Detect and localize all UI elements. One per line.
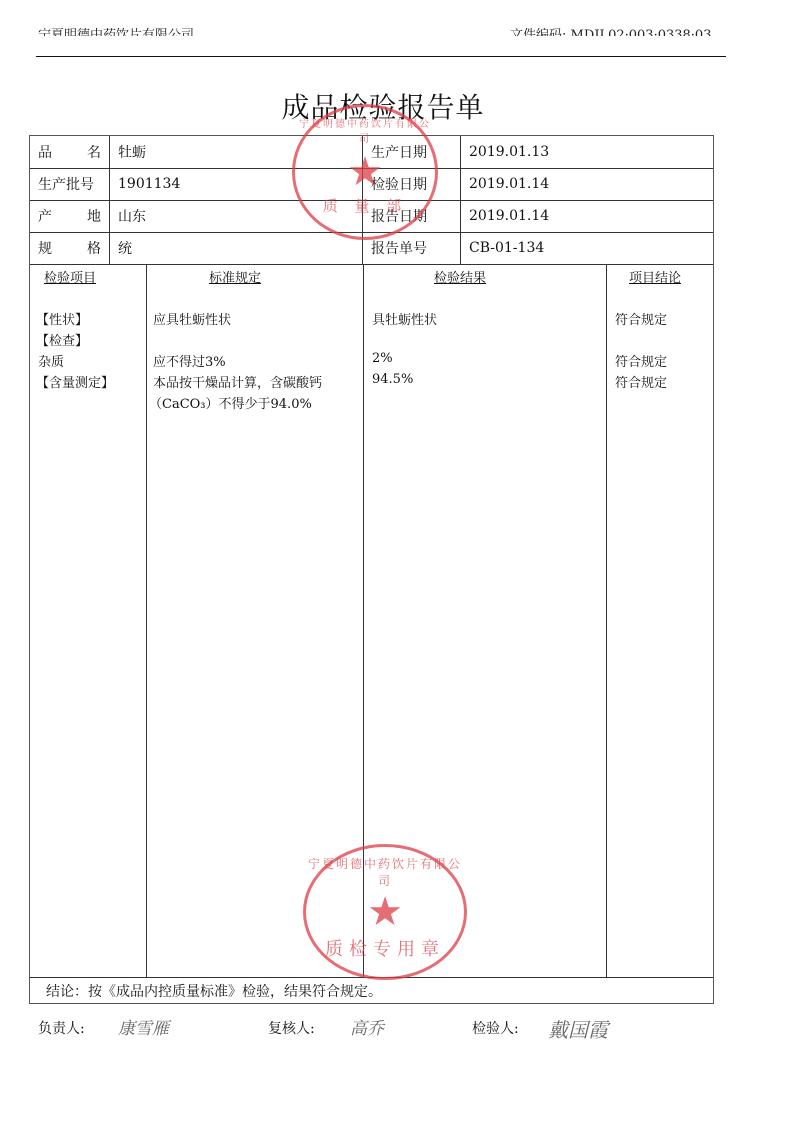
label-part: 格 (87, 238, 101, 258)
header-rule (36, 56, 726, 57)
label-part: 规 (38, 238, 52, 258)
label-part: 生产批号 (38, 174, 94, 194)
standard-appearance: 应具牡蛎性状 (153, 309, 231, 328)
conclusion-assay: 符合规定 (615, 372, 667, 391)
item-appearance: 【性状】 (36, 309, 88, 328)
info-label2: 生产日期 (363, 136, 461, 168)
conclusion-header: 项目结论 (629, 267, 681, 286)
responsible-signature: 康雪雁 (118, 1014, 169, 1039)
info-row: 生产批号 1901134 检验日期 2019.01.14 (30, 168, 713, 201)
responsible-label: 负责人: (38, 1018, 85, 1038)
info-value: 山东 (110, 200, 363, 232)
result-impurity: 2% (372, 351, 393, 366)
info-value2: 2019.01.14 (461, 168, 713, 200)
reviewer-label: 复核人: (268, 1018, 315, 1038)
info-value: 牡蛎 (110, 136, 363, 168)
standard-impurity: 应不得过3% (153, 351, 226, 370)
item-header: 检验项目 (44, 267, 96, 286)
reviewer-signature: 高乔 (350, 1014, 384, 1039)
info-row: 规格 统 报告单号 CB-01-134 (30, 232, 713, 265)
standard-header: 标准规定 (209, 267, 261, 286)
info-value: 统 (110, 232, 363, 264)
conclusion-column: 项目结论 符合规定 符合规定 符合规定 (607, 264, 713, 977)
info-label: 品名 (30, 136, 110, 168)
report-table: 品名 牡蛎 生产日期 2019.01.13 生产批号 1901134 检验日期 … (29, 135, 714, 1004)
result-appearance: 具牡蛎性状 (372, 309, 437, 328)
info-label: 规格 (30, 232, 110, 264)
item-assay: 【含量测定】 (36, 372, 114, 391)
inspector-signature: 戴国霞 (548, 1014, 608, 1043)
conclusion-appearance: 符合规定 (615, 309, 667, 328)
info-label2: 报告单号 (363, 232, 461, 264)
info-label: 产地 (30, 200, 110, 232)
info-value2: CB-01-134 (461, 232, 713, 264)
item-column: 检验项目 【性状】 【检查】 杂质 【含量测定】 (30, 264, 147, 977)
info-label2: 检验日期 (363, 168, 461, 200)
info-value: 1901134 (110, 168, 363, 200)
result-assay: 94.5% (372, 372, 413, 387)
info-label: 生产批号 (30, 168, 110, 200)
document-code: 文件编码: MDJL02·003·0338·03 (510, 22, 711, 36)
info-value2: 2019.01.13 (461, 136, 713, 168)
standard-column: 标准规定 应具牡蛎性状 应不得过3% 本品按干燥品计算，含碳酸钙 （CaCO₃）… (147, 264, 364, 977)
result-header: 检验结果 (434, 267, 486, 286)
standard-assay-cont: （CaCO₃）不得少于94.0% (149, 393, 312, 412)
info-value2: 2019.01.14 (461, 200, 713, 232)
label-part: 地 (87, 206, 101, 226)
company-header: 宁夏明德中药饮片有限公司 (38, 22, 194, 36)
label-part: 名 (87, 142, 101, 162)
label-part: 品 (38, 142, 52, 162)
page-title: 成品检验报告单 (0, 86, 766, 126)
overall-conclusion: 结论：按《成品内控质量标准》检验，结果符合规定。 (30, 977, 713, 1004)
item-impurity: 杂质 (38, 351, 64, 370)
item-inspection: 【检查】 (36, 330, 88, 349)
detail-section: 检验项目 【性状】 【检查】 杂质 【含量测定】 标准规定 应具牡蛎性状 应不得… (30, 264, 713, 978)
label-part: 产 (38, 206, 52, 226)
standard-assay: 本品按干燥品计算，含碳酸钙 (153, 372, 322, 391)
conclusion-impurity: 符合规定 (615, 351, 667, 370)
inspector-label: 检验人: (472, 1018, 519, 1038)
info-row: 产地 山东 报告日期 2019.01.14 (30, 200, 713, 233)
info-row: 品名 牡蛎 生产日期 2019.01.13 (30, 136, 713, 169)
result-column: 检验结果 具牡蛎性状 2% 94.5% (364, 264, 607, 977)
info-label2: 报告日期 (363, 200, 461, 232)
